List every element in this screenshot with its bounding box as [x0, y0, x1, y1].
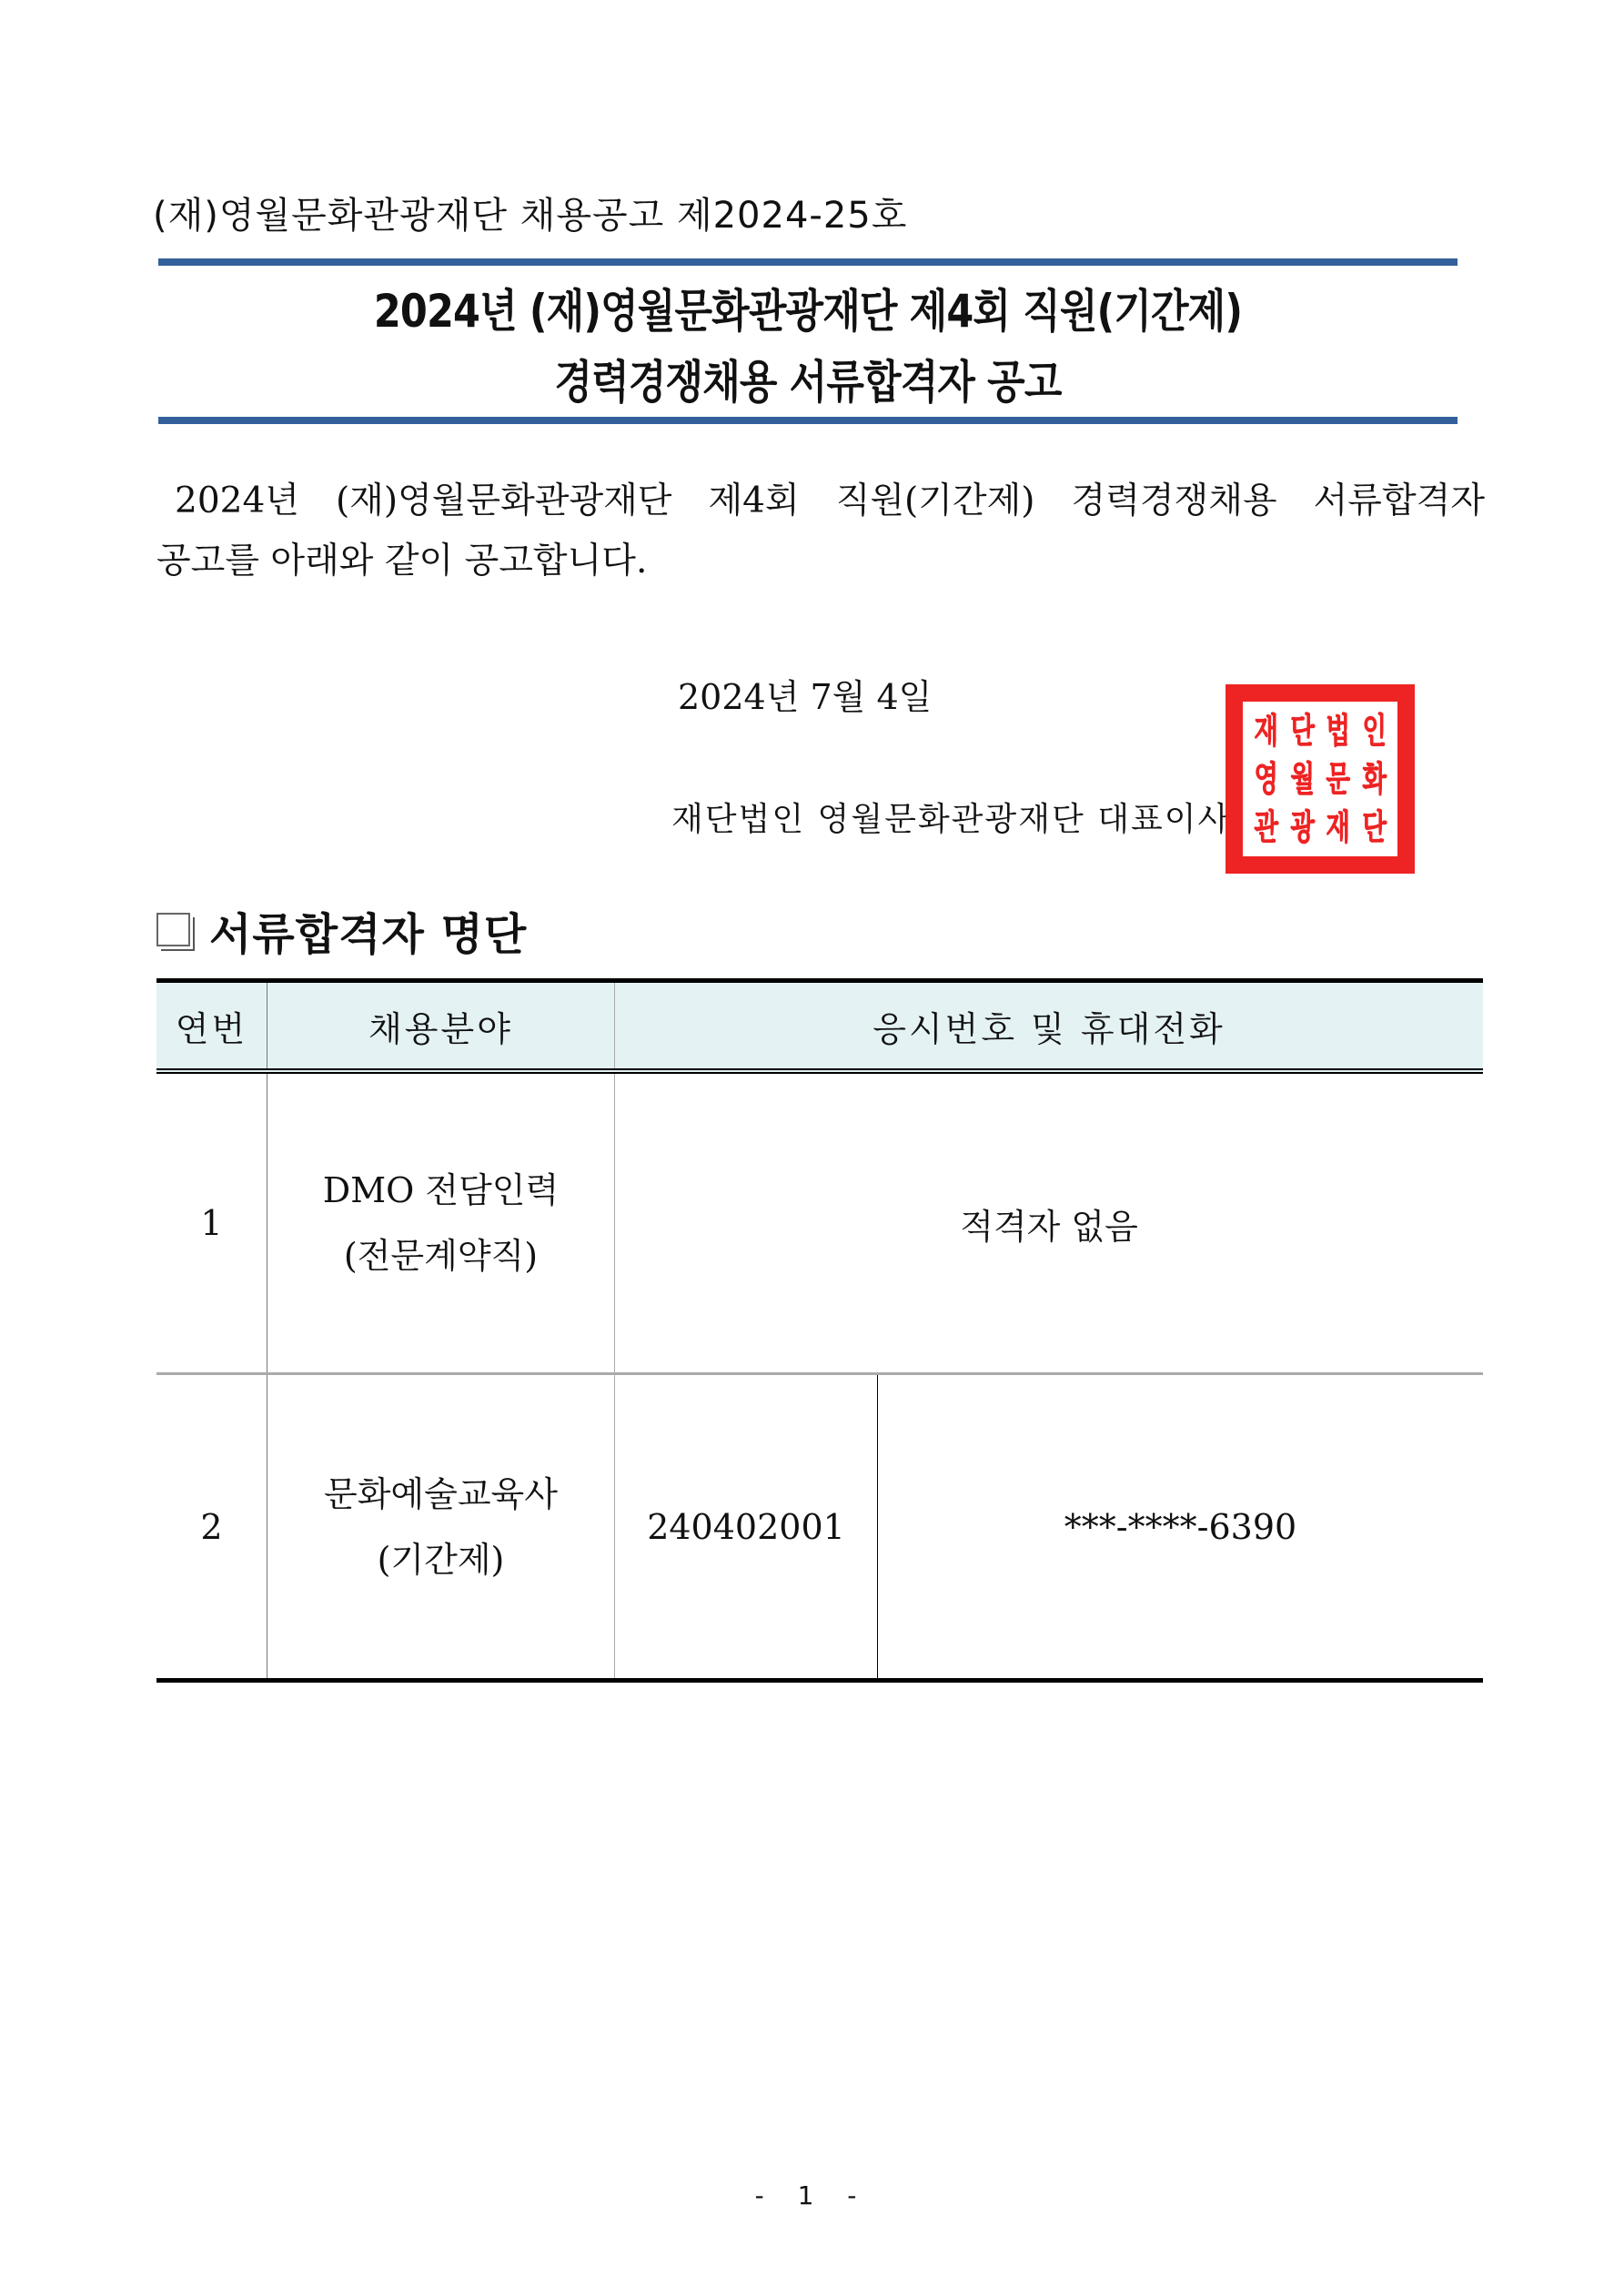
document-title-line-1: 2024년 (재)영월문화관광재단 제4회 직원(기간제) — [249, 275, 1367, 340]
recruitment-field: DMO 전담인력 (전문계약직) — [267, 1074, 614, 1372]
announcement-body-line-1: 2024년 (재)영월문화관광재단 제4회 직원(기간제) 경력경쟁채용 서류합… — [156, 471, 1485, 531]
column-divider — [614, 1074, 615, 1372]
seal-character: 화 — [1361, 755, 1387, 804]
seal-character: 인 — [1361, 707, 1387, 755]
page-number: - 1 - — [0, 2180, 1624, 2210]
column-divider — [614, 983, 615, 1068]
seal-character: 관 — [1254, 803, 1279, 851]
column-divider — [267, 1375, 267, 1678]
column-divider — [614, 1375, 615, 1678]
seal-character: 단 — [1361, 803, 1387, 851]
recruitment-field-line-2: (전문계약직) — [344, 1223, 538, 1289]
recruitment-field: 문화예술교육사 (기간제) — [267, 1375, 614, 1678]
section-title: 서류합격자 명단 — [209, 899, 527, 962]
recruitment-field-line-1: 문화예술교육사 — [324, 1462, 558, 1527]
recruitment-field-line-2: (기간제) — [378, 1527, 505, 1593]
column-header-applicant-phone: 응시번호 및 휴대전화 — [615, 983, 1483, 1068]
announcement-body-line-2: 공고를 아래와 같이 공고합니다. — [156, 531, 1485, 592]
phone-number: ***-****-6390 — [878, 1375, 1483, 1678]
seal-character: 법 — [1326, 707, 1351, 755]
announcement-date: 2024년 7월 4일 — [678, 669, 932, 719]
seal-character: 광 — [1289, 803, 1315, 851]
notice-number: (재)영월문화관광재단 채용공고 제2024-25호 — [153, 187, 907, 238]
row-number: 2 — [156, 1375, 267, 1678]
column-divider — [267, 1074, 267, 1372]
title-rule-bottom — [158, 417, 1458, 424]
announcement-body: 2024년 (재)영월문화관광재단 제4회 직원(기간제) 경력경쟁채용 서류합… — [156, 471, 1485, 592]
column-header-number: 연번 — [156, 983, 267, 1068]
seal-character: 재 — [1326, 803, 1351, 851]
table-header: 연번 채용분야 응시번호 및 휴대전화 — [156, 978, 1483, 1074]
passed-applicants-table: 연번 채용분야 응시번호 및 휴대전화 1 DMO 전담인력 (전문계약직) 적… — [156, 978, 1483, 1683]
column-divider — [267, 983, 267, 1068]
applicant-number: 240402001 — [615, 1375, 877, 1678]
row-number: 1 — [156, 1074, 267, 1372]
seal-character: 재 — [1254, 707, 1279, 755]
table-row: 2 문화예술교육사 (기간제) 240402001 ***-****-6390 — [156, 1375, 1483, 1683]
seal-inner-frame: 재 단 법 인 영 월 문 화 관 광 재 단 — [1240, 699, 1400, 859]
result-text: 적격자 없음 — [615, 1074, 1483, 1372]
seal-character: 문 — [1326, 755, 1351, 804]
table-row: 1 DMO 전담인력 (전문계약직) 적격자 없음 — [156, 1074, 1483, 1375]
official-seal-icon: 재 단 법 인 영 월 문 화 관 광 재 단 — [1226, 684, 1415, 874]
column-header-field: 채용분야 — [267, 983, 614, 1068]
recruitment-field-line-1: DMO 전담인력 — [323, 1158, 559, 1223]
seal-character: 월 — [1289, 755, 1315, 804]
column-divider — [877, 1375, 878, 1678]
signature-line: 재단법인 영월문화관광재단 대표이사 — [671, 794, 1231, 840]
title-rule-top — [158, 258, 1458, 266]
checkbox-square-icon — [156, 913, 190, 946]
document-title-line-2: 경력경쟁채용 서류합격자 공고 — [249, 346, 1367, 411]
seal-character: 영 — [1254, 755, 1279, 804]
seal-character: 단 — [1289, 707, 1315, 755]
